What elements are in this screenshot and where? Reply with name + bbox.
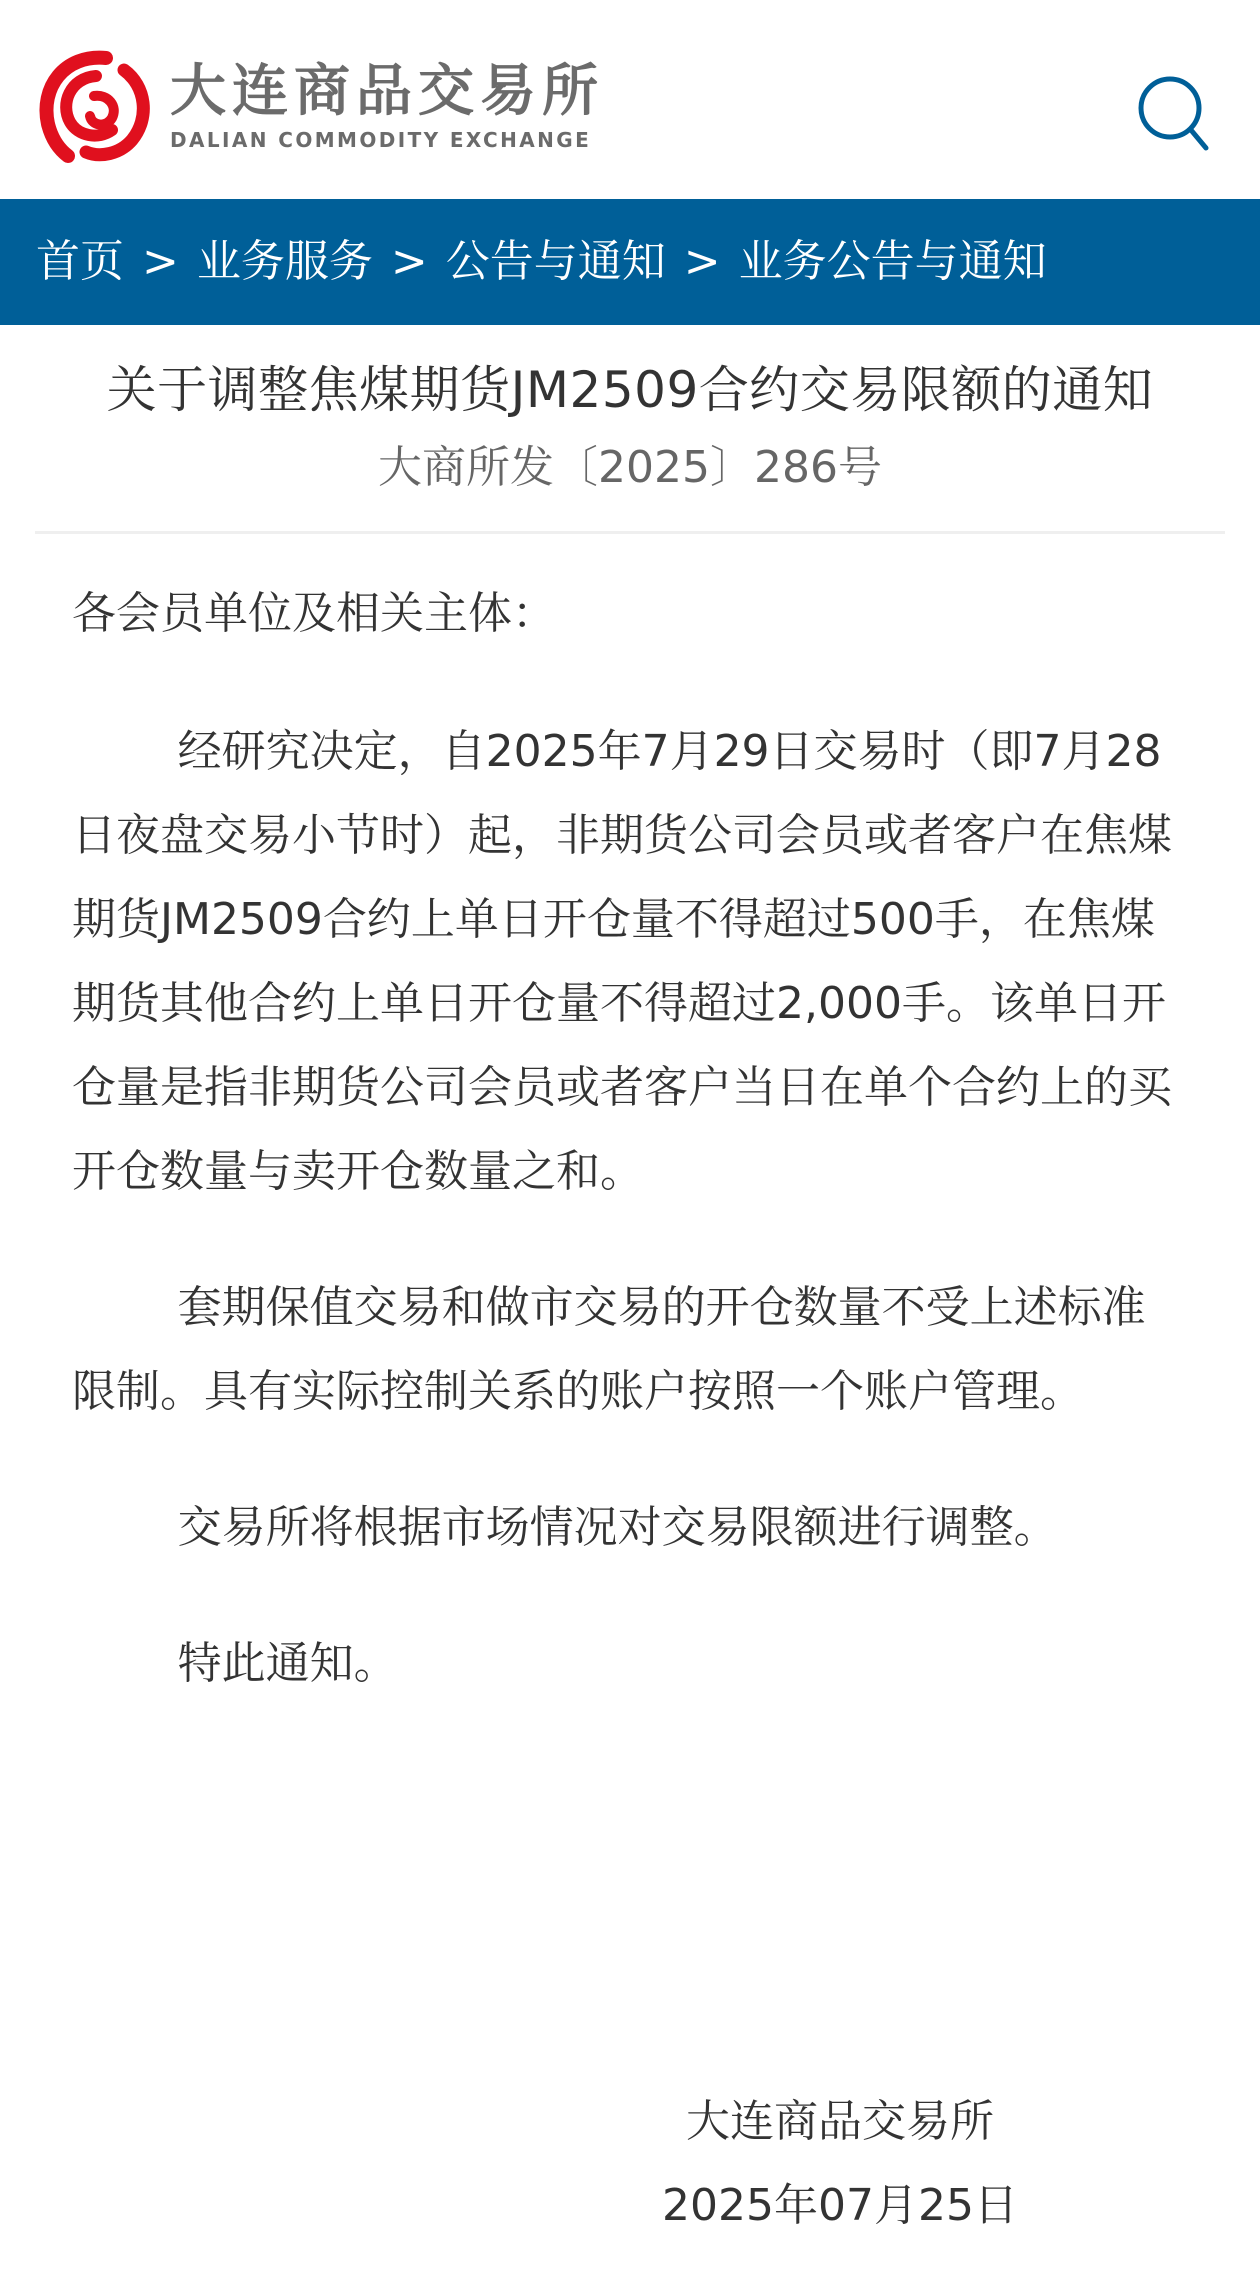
paragraph-exemption: 套期保值交易和做市交易的开仓数量不受上述标准限制。具有实际控制关系的账户按照一个… bbox=[72, 1266, 1182, 1434]
signature-block: 大连商品交易所 2025年07月25日 bbox=[600, 2080, 1080, 2248]
breadcrumb-separator: > bbox=[684, 240, 721, 284]
dce-logo[interactable]: 大连商品交易所 DALIAN COMMODITY EXCHANGE bbox=[34, 48, 604, 164]
breadcrumb-business-announcements[interactable]: 业务公告与通知 bbox=[739, 240, 1047, 284]
breadcrumb: 首页 > 业务服务 > 公告与通知 > 业务公告与通知 bbox=[0, 199, 1260, 325]
paragraph-adjustment: 交易所将根据市场情况对交易限额进行调整。 bbox=[72, 1486, 1182, 1570]
search-icon bbox=[1136, 72, 1212, 156]
logo-name-en: DALIAN COMMODITY EXCHANGE bbox=[170, 127, 604, 153]
signature-date: 2025年07月25日 bbox=[600, 2164, 1080, 2248]
document-number: 大商所发〔2025〕286号 bbox=[0, 436, 1260, 500]
site-header: 大连商品交易所 DALIAN COMMODITY EXCHANGE bbox=[0, 0, 1260, 198]
article-body: 各会员单位及相关主体： 经研究决定，自2025年7月29日交易时（即7月28日夜… bbox=[72, 572, 1182, 1758]
search-button[interactable] bbox=[1136, 72, 1212, 156]
signature-issuer: 大连商品交易所 bbox=[600, 2080, 1080, 2164]
breadcrumb-home[interactable]: 首页 bbox=[36, 240, 124, 284]
paragraph-closing: 特此通知。 bbox=[72, 1622, 1182, 1706]
logo-name-cn: 大连商品交易所 bbox=[170, 59, 604, 125]
breadcrumb-separator: > bbox=[142, 240, 179, 284]
breadcrumb-separator: > bbox=[391, 240, 428, 284]
title-divider bbox=[35, 531, 1225, 534]
article-title: 关于调整焦煤期货JM2509合约交易限额的通知 bbox=[0, 350, 1260, 430]
dce-swirl-logo-icon bbox=[34, 48, 154, 164]
breadcrumb-business-services[interactable]: 业务服务 bbox=[197, 240, 373, 284]
paragraph-decision: 经研究决定，自2025年7月29日交易时（即7月28日夜盘交易小节时）起，非期货… bbox=[72, 710, 1182, 1214]
salutation: 各会员单位及相关主体： bbox=[72, 572, 1182, 656]
breadcrumb-announcements[interactable]: 公告与通知 bbox=[446, 240, 666, 284]
article-header: 关于调整焦煤期货JM2509合约交易限额的通知 大商所发〔2025〕286号 bbox=[0, 350, 1260, 500]
